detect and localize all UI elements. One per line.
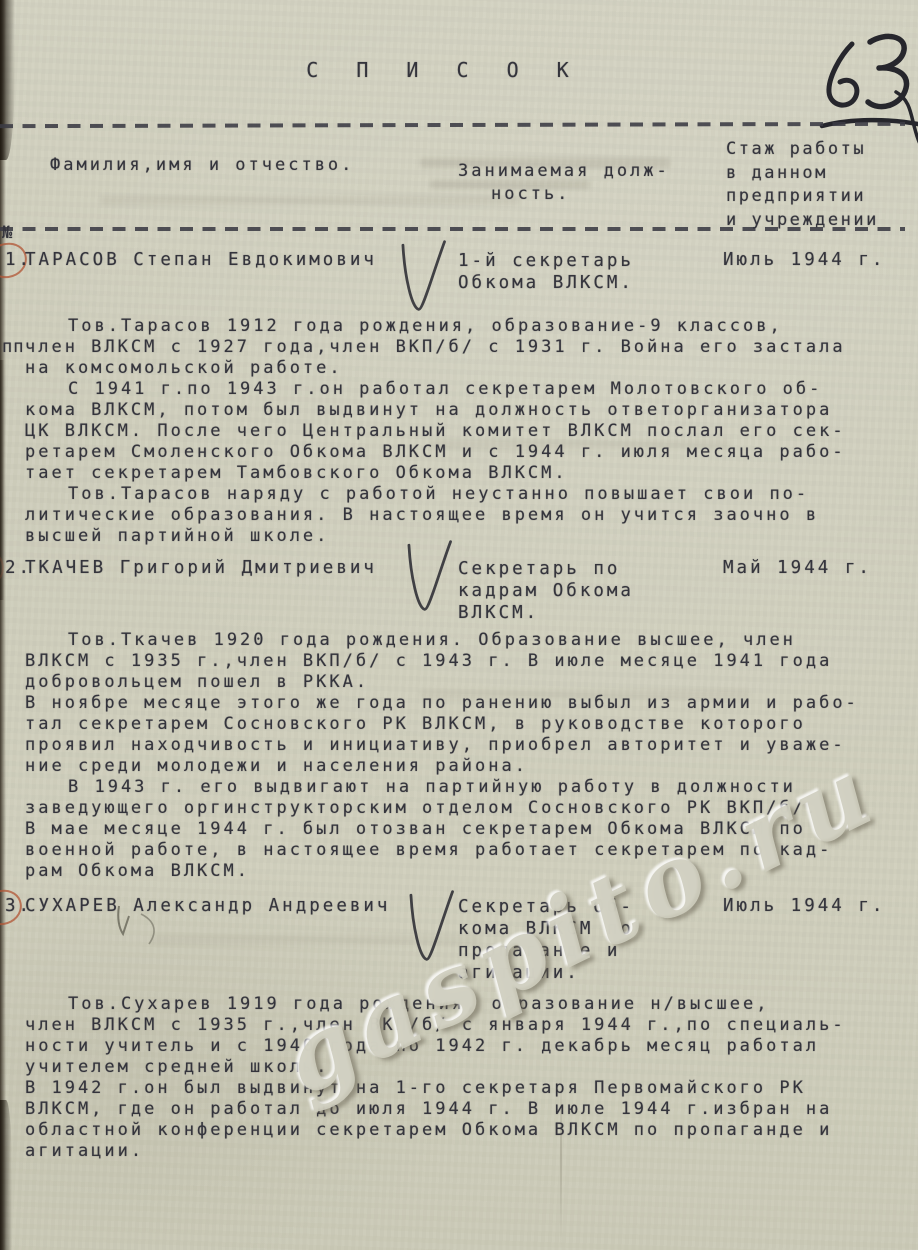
paragraph-line: литические образования. В настоящее врем… xyxy=(25,505,905,526)
paragraph-line: агитации. xyxy=(25,1141,905,1162)
dashed-divider-top xyxy=(0,122,905,128)
entry-position: 1-й секретарьОбкома ВЛКСМ. xyxy=(458,250,634,294)
entry-position: Секретарь покадрам ОбкомаВЛКСМ. xyxy=(458,558,634,624)
paragraph-line: рам Обкома ВЛКСМ. xyxy=(25,861,905,882)
entry-name: СУХАРЕВ Александр Андреевич xyxy=(25,896,390,916)
paragraph-line: учителем средней школы. xyxy=(25,1057,905,1078)
entry-date: Июль 1944 г. xyxy=(723,896,885,916)
paragraph-line: высшей партийной школе. xyxy=(25,526,905,547)
entry-paragraph: Тов.Ткачев 1920 года рождения. Образован… xyxy=(25,630,905,882)
paragraph-line: заведующего оргинструкторским отделом Со… xyxy=(25,798,905,819)
checkmark-icon xyxy=(402,536,454,622)
paragraph-line: военной работе, в настоящее время работа… xyxy=(25,840,905,861)
paragraph-line: тал секретарем Сосновского РК ВЛКСМ, в р… xyxy=(25,714,905,735)
paragraph-line: В 1943 г. его выдвигают на партийную раб… xyxy=(25,777,905,798)
bleed-through-smudge xyxy=(100,196,520,205)
paragraph-line: проявил находчивость и инициативу, приоб… xyxy=(25,735,905,756)
column-header-name: Фамилия,имя и отчество. xyxy=(50,155,354,175)
column-header-position: Занимаемая долж-ность. xyxy=(458,160,670,206)
scan-edge-left-bottom xyxy=(0,1100,12,1250)
paragraph-line: ВЛКСМ, где он работал до июля 1944 г. В … xyxy=(25,1099,905,1120)
paragraph-line: ретарем Смоленского Обкома ВЛКСМ и с 194… xyxy=(25,442,905,463)
paragraph-line: Тов.Сухарев 1919 года рождения, образова… xyxy=(25,994,905,1015)
paragraph-line: кома ВЛКСМ, потом был выдвинут на должно… xyxy=(25,400,905,421)
paragraph-line: ние среди молодежи и населения района. xyxy=(25,756,905,777)
paragraph-line: на комсомольской работе. xyxy=(25,358,905,379)
checkmark-icon xyxy=(404,886,456,972)
entry-paragraph: Тов.Сухарев 1919 года рождения, образова… xyxy=(25,994,905,1162)
paragraph-line: областной конференции секретарем Обкома … xyxy=(25,1120,905,1141)
paragraph-line: В ноябре месяце этого же года по ранению… xyxy=(25,693,905,714)
paragraph-line: Тов.Тарасов 1912 года рождения, образова… xyxy=(25,316,905,337)
column-header-tenure: Стаж работыв данномпредприятиии учрежден… xyxy=(726,138,879,232)
paragraph-line: тает секретарем Тамбовского Обкома ВЛКСМ… xyxy=(25,463,905,484)
entry-date: Июль 1944 г. xyxy=(723,250,885,270)
paragraph-line: ВЛКСМ с 1935 г.,член ВКП/б/ с 1943 г. В … xyxy=(25,651,905,672)
paragraph-line: В 1942 г.он был выдвинут на 1-го секрета… xyxy=(25,1078,905,1099)
paragraph-line: Тов.Тарасов наряду с работой неустанно п… xyxy=(25,484,905,505)
entry-paragraph: Тов.Тарасов 1912 года рождения, образова… xyxy=(25,316,905,547)
paragraph-line: В мае месяце 1944 г. был отозван секрета… xyxy=(25,819,905,840)
paragraph-line: Тов.Ткачев 1920 года рождения. Образован… xyxy=(25,630,905,651)
pencil-check-icon xyxy=(105,900,175,955)
entry-name: ТАРАСОВ Степан Евдокимович xyxy=(25,250,377,270)
paragraph-line: С 1941 г.по 1943 г.он работал секретарем… xyxy=(25,379,905,400)
entry-position: Секретарь Об-кома ВЛКСМ попропаганде иаг… xyxy=(458,896,634,984)
document-page: С П И С О К № пп Фамилия,имя и отчество.… xyxy=(0,0,918,1250)
paragraph-line: член ВЛКСМ с 1935 г.,член ВКП/б/ с январ… xyxy=(25,1015,905,1036)
entry-name: ТКАЧЕВ Григорий Дмитриевич xyxy=(25,558,377,578)
entry-date: Май 1944 г. xyxy=(723,558,872,578)
checkmark-icon xyxy=(396,236,448,322)
paragraph-line: член ВЛКСМ с 1927 года,член ВКП/б/ с 193… xyxy=(25,337,905,358)
pen-stroke-right-edge xyxy=(888,88,918,148)
paragraph-line: добровольцем пошел в РККА. xyxy=(25,672,905,693)
paragraph-line: ности учитель и с 1940 года по 1942 г. д… xyxy=(25,1036,905,1057)
paragraph-line: ЦК ВЛКСМ. После чего Центральный комитет… xyxy=(25,421,905,442)
page-title: С П И С О К xyxy=(0,58,888,82)
